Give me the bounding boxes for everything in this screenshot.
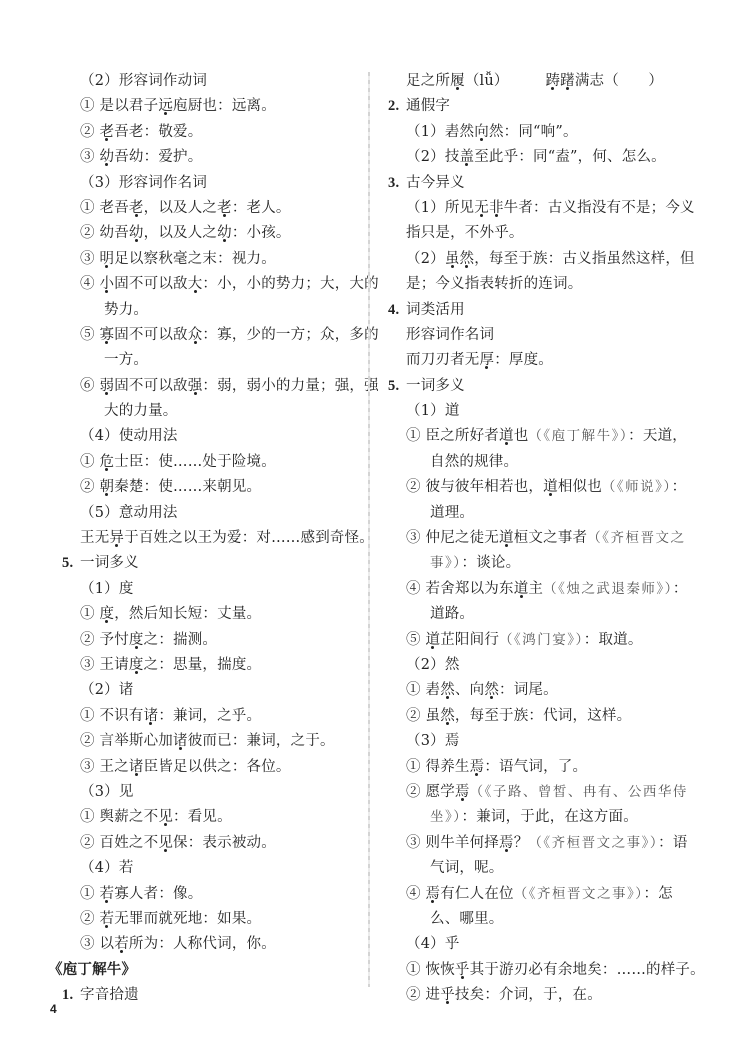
text-line: 是；今义指表转折的连词。 bbox=[388, 272, 708, 297]
numbered-heading: 5.一词多义 bbox=[62, 551, 362, 576]
text-line: （2）然 bbox=[388, 653, 708, 678]
text-segment: ：兼词，之乎。 bbox=[158, 708, 261, 724]
text-line: 一方。 bbox=[62, 348, 362, 373]
text-segment: ① bbox=[80, 454, 100, 470]
text-line: ① 若寡人者：像。 bbox=[62, 882, 362, 907]
text-segment: ：谈论。 bbox=[462, 555, 521, 571]
source-citation: （《齐桓晋文之 bbox=[587, 530, 685, 546]
text-segment: 桓文之事者 bbox=[514, 530, 588, 546]
text-line: ③ 以若所为：人称代词，你。 bbox=[62, 932, 362, 957]
item-number: 5. bbox=[62, 551, 80, 576]
text-segment: （2）形容词作动词 bbox=[80, 73, 207, 89]
text-segment: 气词，呢。 bbox=[430, 860, 504, 876]
text-line: 气词，呢。 bbox=[388, 856, 708, 881]
text-line: ② 朝秦楚：使……来朝见。 bbox=[62, 475, 362, 500]
text-segment: 相似也 bbox=[558, 479, 602, 495]
text-segment: ，以及人之 bbox=[144, 200, 218, 216]
emphasized-char: 若 bbox=[100, 911, 115, 927]
text-segment: ① 老吾 bbox=[80, 200, 129, 216]
text-segment: ：厚度。 bbox=[494, 352, 553, 368]
text-segment: 牛者：古义指没有不是；今义 bbox=[504, 200, 695, 216]
page-number: 4 bbox=[50, 1002, 57, 1016]
text-segment: 自然的规律。 bbox=[430, 454, 518, 470]
text-segment: ，每至于族：古义指虽然这样，但 bbox=[474, 251, 695, 267]
item-number: 4. bbox=[388, 298, 406, 323]
text-line: ② 予忖度之：揣测。 bbox=[62, 628, 362, 653]
right-column: 足之所履（lǚ） 踌躇满志（ ）2.通假字（1）砉然向然：同“响”。（2）技盖至… bbox=[388, 69, 708, 1008]
text-segment: ：看见。 bbox=[173, 809, 232, 825]
text-line: ④ 小固不可以敌大：小，小的势力；大，大的 bbox=[62, 272, 362, 297]
text-segment: 之：揣测。 bbox=[144, 632, 218, 648]
text-segment: ：老人。 bbox=[232, 200, 291, 216]
emphasized-char: 诸 bbox=[129, 759, 144, 775]
column-divider bbox=[368, 72, 370, 987]
text-segment: （1）道 bbox=[406, 403, 460, 419]
text-segment: 吾幼：爱护。 bbox=[114, 149, 202, 165]
emphasized-char: 无 bbox=[474, 200, 489, 216]
text-line: 指只是，不外乎。 bbox=[388, 221, 708, 246]
text-line: ② 若无罪而就死地：如果。 bbox=[62, 907, 362, 932]
text-segment: 大的力量。 bbox=[104, 403, 178, 419]
text-segment: ③ 则牛羊何择 bbox=[406, 835, 499, 851]
text-line: ① 臣之所好者道也（《庖丁解牛》）：天道， bbox=[388, 424, 708, 449]
emphasized-char: 然 bbox=[440, 708, 455, 724]
emphasized-char: 度 bbox=[100, 606, 115, 622]
text-segment: 足之所 bbox=[406, 73, 450, 89]
text-segment: ：小，小的势力；大，大的 bbox=[202, 276, 378, 292]
text-segment: ：天道， bbox=[628, 428, 687, 444]
emphasized-char: 道 bbox=[543, 479, 558, 495]
text-segment: 士臣：使……处于险境。 bbox=[114, 454, 276, 470]
emphasized-char: 明 bbox=[100, 251, 115, 267]
text-segment: 指只是，不外乎。 bbox=[406, 225, 524, 241]
text-segment: （3）焉 bbox=[406, 733, 460, 749]
text-segment: 字音拾遗 bbox=[80, 987, 139, 1003]
text-line: （2）诸 bbox=[62, 678, 362, 703]
text-segment: （2）技 bbox=[406, 149, 460, 165]
text-line: （4）乎 bbox=[388, 932, 708, 957]
text-segment: （5）意动用法 bbox=[80, 505, 178, 521]
text-segment: ③ 以 bbox=[80, 936, 114, 952]
text-segment: （1）砉然 bbox=[406, 124, 474, 140]
text-segment: （3）见 bbox=[80, 784, 134, 800]
text-line: ⑤ 道芷阳间行（《鸿门宴》）：取道。 bbox=[388, 628, 708, 653]
source-citation: （《师说》） bbox=[602, 479, 672, 495]
text-segment: ：取道。 bbox=[584, 632, 643, 648]
emphasized-char: 若 bbox=[114, 936, 129, 952]
text-segment: ：小孩。 bbox=[232, 225, 291, 241]
text-segment: 王无 bbox=[80, 530, 109, 546]
text-line: ① 危士臣：使……处于险境。 bbox=[62, 450, 362, 475]
text-segment: 满志（ ） bbox=[575, 73, 663, 89]
source-citation: （《庖丁解牛》） bbox=[528, 428, 628, 444]
emphasized-char: 远 bbox=[158, 98, 173, 114]
text-segment: 而刀刃者无 bbox=[406, 352, 480, 368]
numbered-heading: 2.通假字 bbox=[388, 94, 708, 119]
text-segment: 是；今义指表转折的连词。 bbox=[406, 276, 582, 292]
text-segment: ：怎 bbox=[643, 886, 672, 902]
numbered-heading: 4.词类活用 bbox=[388, 298, 708, 323]
text-line: ① 老吾老，以及人之老：老人。 bbox=[62, 196, 362, 221]
text-segment: 秦楚：使……来朝见。 bbox=[114, 479, 261, 495]
text-segment: 一方。 bbox=[104, 352, 148, 368]
text-segment: （3）形容词作名词 bbox=[80, 175, 207, 191]
source-citation: （《齐桓晋文之事》） bbox=[528, 835, 658, 851]
text-segment: ② 进 bbox=[406, 987, 440, 1003]
text-line: ③ 王之诸臣皆足以供之：各位。 bbox=[62, 755, 362, 780]
numbered-heading: 5.一词多义 bbox=[388, 374, 708, 399]
text-segment: （2）诸 bbox=[80, 682, 134, 698]
text-line: ① 是以君子远庖厨也：远离。 bbox=[62, 94, 362, 119]
source-citation: 事》） bbox=[430, 555, 462, 571]
left-column: （2）形容词作动词① 是以君子远庖厨也：远离。② 老吾老：敬爱。③ 幼吾幼：爱护… bbox=[62, 69, 362, 1008]
text-line: ④ 若舍郑以为东道主（《烛之武退秦师》）： bbox=[388, 577, 708, 602]
text-segment: 有仁人在位 bbox=[440, 886, 514, 902]
text-line: ① 度，然后知长短：丈量。 bbox=[62, 602, 362, 627]
emphasized-char: 寡 bbox=[100, 327, 115, 343]
text-segment: （4）若 bbox=[80, 860, 134, 876]
text-segment: ：语气词，了。 bbox=[484, 759, 587, 775]
text-segment: ① bbox=[80, 606, 100, 622]
source-citation: （《烛之武退秦师》） bbox=[543, 581, 673, 597]
text-line: ③ 则牛羊何择焉？（《齐桓晋文之事》）：语 bbox=[388, 831, 708, 856]
text-segment: 吾老：敬爱。 bbox=[114, 124, 202, 140]
text-line: （2）形容词作动词 bbox=[62, 69, 362, 94]
text-line: （5）意动用法 bbox=[62, 501, 362, 526]
text-line: （3）焉 bbox=[388, 729, 708, 754]
emphasized-char: 道 bbox=[499, 530, 514, 546]
text-segment: 、向 bbox=[455, 682, 484, 698]
text-segment: ② 愿学 bbox=[406, 784, 455, 800]
text-segment: 技矣：介词，于，在。 bbox=[455, 987, 602, 1003]
emphasized-char: 盖 bbox=[460, 149, 475, 165]
text-segment: ，然后知长短：丈量。 bbox=[114, 606, 261, 622]
text-segment: 庖厨也：远离。 bbox=[173, 98, 276, 114]
item-number: 5. bbox=[388, 374, 406, 399]
text-line: （2）技盖至此乎：同“盍”，何、怎么。 bbox=[388, 145, 708, 170]
emphasized-char: 大 bbox=[188, 276, 203, 292]
numbered-heading: 3.古今异义 bbox=[388, 171, 708, 196]
text-segment: 一词多义 bbox=[406, 378, 465, 394]
text-line: （3）形容词作名词 bbox=[62, 171, 362, 196]
text-segment: 《庖丁解牛》 bbox=[48, 962, 136, 978]
emphasized-char: 老 bbox=[129, 200, 144, 216]
text-segment: ① 舆薪之不 bbox=[80, 809, 158, 825]
source-citation: 坐》） bbox=[430, 809, 462, 825]
text-line: ① 得养生焉：语气词，了。 bbox=[388, 755, 708, 780]
text-segment: ⑤ bbox=[80, 327, 100, 343]
text-segment: ② bbox=[80, 911, 100, 927]
text-segment: ① 臣之所好者 bbox=[406, 428, 499, 444]
text-segment: ③ bbox=[80, 251, 100, 267]
text-line: （1）砉然向然：同“响”。 bbox=[388, 120, 708, 145]
numbered-heading: 1.字音拾遗 bbox=[62, 983, 362, 1008]
text-segment: ④ bbox=[406, 886, 426, 902]
text-line: ① 砉然、向然：词尾。 bbox=[388, 678, 708, 703]
item-number: 2. bbox=[388, 94, 406, 119]
text-segment: 所为：人称代词，你。 bbox=[129, 936, 276, 952]
text-segment: ② 言举斯心加 bbox=[80, 733, 173, 749]
emphasized-char: 焉 bbox=[426, 886, 441, 902]
text-segment: （4）乎 bbox=[406, 936, 460, 952]
text-line: ⑤ 寡固不可以敌众：寡，少的一方；众，多的 bbox=[62, 323, 362, 348]
text-line: 道理。 bbox=[388, 501, 708, 526]
text-line: ② 幼吾幼，以及人之幼：小孩。 bbox=[62, 221, 362, 246]
text-segment: （1）所见 bbox=[406, 200, 474, 216]
emphasized-char: 众 bbox=[188, 327, 203, 343]
text-line: ② 百姓之不见保：表示被动。 bbox=[62, 831, 362, 856]
emphasized-char: 诸 bbox=[173, 733, 188, 749]
emphasized-char: 非 bbox=[489, 200, 504, 216]
text-segment: ④ 若舍郑以为东 bbox=[406, 581, 514, 597]
emphasized-char: 踌 bbox=[545, 73, 560, 89]
text-segment: 道理。 bbox=[430, 505, 474, 521]
text-line: ② 彼与彼年相若也，道相似也（《师说》）： bbox=[388, 475, 708, 500]
text-segment: 通假字 bbox=[406, 98, 450, 114]
text-segment: ：寡，少的一方；众，多的 bbox=[202, 327, 378, 343]
text-segment: ⑥ bbox=[80, 378, 100, 394]
text-segment: ② 虽 bbox=[406, 708, 440, 724]
text-line: ② 虽然，每至于族：代词，这样。 bbox=[388, 704, 708, 729]
text-line: 大的力量。 bbox=[62, 399, 362, 424]
text-segment: ① 得养生 bbox=[406, 759, 470, 775]
text-line: （4）若 bbox=[62, 856, 362, 881]
text-line: ③ 明足以察秋毫之末：视力。 bbox=[62, 247, 362, 272]
text-line: 势力。 bbox=[62, 298, 362, 323]
emphasized-char: 道 bbox=[426, 632, 441, 648]
emphasized-char: 诸 bbox=[144, 708, 159, 724]
text-segment: 形容词作名词 bbox=[406, 327, 494, 343]
emphasized-char: 朝 bbox=[100, 479, 115, 495]
emphasized-char: 厚 bbox=[480, 352, 495, 368]
text-segment: ：弱，弱小的力量；强，强 bbox=[202, 378, 378, 394]
text-line: ③ 王请度之：思量，揣度。 bbox=[62, 653, 362, 678]
text-segment: 也 bbox=[514, 428, 529, 444]
text-segment: 固不可以敌 bbox=[114, 327, 188, 343]
source-citation: （《齐桓晋文之事》） bbox=[514, 886, 644, 902]
emphasized-char: 焉 bbox=[499, 835, 514, 851]
text-segment: ③ 王请 bbox=[80, 657, 129, 673]
emphasized-char: 然 bbox=[484, 682, 499, 698]
item-number: 1. bbox=[62, 983, 80, 1008]
text-segment: 无罪而就死地：如果。 bbox=[114, 911, 261, 927]
text-segment: ② bbox=[80, 479, 100, 495]
emphasized-char: 躇 bbox=[560, 73, 575, 89]
source-citation: （《鸿门宴》） bbox=[499, 632, 584, 648]
emphasized-char: 向 bbox=[474, 124, 489, 140]
emphasized-char: 弱 bbox=[100, 378, 115, 394]
emphasized-char: 幼 bbox=[217, 225, 232, 241]
text-line: （1）道 bbox=[388, 399, 708, 424]
text-line: ④ 焉有仁人在位（《齐桓晋文之事》）：怎 bbox=[388, 882, 708, 907]
text-line: 而刀刃者无厚：厚度。 bbox=[388, 348, 708, 373]
text-segment: 彼而已：兼词，之于。 bbox=[188, 733, 335, 749]
text-segment: （1）度 bbox=[80, 581, 134, 597]
text-line: ⑥ 弱固不可以敌强：弱，弱小的力量；强，强 bbox=[62, 374, 362, 399]
text-segment: 词类活用 bbox=[406, 302, 465, 318]
emphasized-char: 道 bbox=[514, 581, 529, 597]
item-number: 3. bbox=[388, 171, 406, 196]
text-segment: ② 百姓之不 bbox=[80, 835, 158, 851]
text-segment: ① 是以君子 bbox=[80, 98, 158, 114]
text-segment: 保：表示被动。 bbox=[173, 835, 276, 851]
text-line: 坐》）：兼词，于此，在这方面。 bbox=[388, 805, 708, 830]
text-segment: 古今异义 bbox=[406, 175, 465, 191]
text-line: ② 愿学焉（《子路、曾皙、冉有、公西华侍 bbox=[388, 780, 708, 805]
text-segment: ③ 王之 bbox=[80, 759, 129, 775]
emphasized-char: 焉 bbox=[470, 759, 485, 775]
text-segment: （2）然 bbox=[406, 657, 460, 673]
text-line: ③ 仲尼之徒无道桓文之事者（《齐桓晋文之 bbox=[388, 526, 708, 551]
text-line: （4）使动用法 bbox=[62, 424, 362, 449]
text-segment: ，每至于族：代词，这样。 bbox=[455, 708, 631, 724]
emphasized-char: 乎 bbox=[455, 962, 470, 978]
emphasized-char: 度 bbox=[129, 632, 144, 648]
text-segment: 固不可以敌 bbox=[114, 378, 188, 394]
text-segment: ：兼词，于此，在这方面。 bbox=[462, 809, 638, 825]
emphasized-char: 幼 bbox=[100, 149, 115, 165]
text-segment: ② bbox=[80, 124, 100, 140]
text-segment: ③ 仲尼之徒无 bbox=[406, 530, 499, 546]
text-line: 足之所履（lǚ） 踌躇满志（ ） bbox=[388, 69, 708, 94]
text-line: 么、哪里。 bbox=[388, 907, 708, 932]
emphasized-char: 强 bbox=[188, 378, 203, 394]
text-line: ② 老吾老：敬爱。 bbox=[62, 120, 362, 145]
emphasized-char: 乎 bbox=[440, 987, 455, 1003]
text-segment: ⑤ bbox=[406, 632, 426, 648]
emphasized-char: 见 bbox=[158, 809, 173, 825]
text-line: 形容词作名词 bbox=[388, 323, 708, 348]
text-segment: 主 bbox=[528, 581, 543, 597]
text-segment: 寡人者：像。 bbox=[114, 886, 202, 902]
text-segment: 至此乎：同“盍”，何、怎么。 bbox=[474, 149, 666, 165]
text-segment: 固不可以敌 bbox=[114, 276, 188, 292]
text-segment: ，以及人之 bbox=[144, 225, 218, 241]
text-segment: ：词尾。 bbox=[499, 682, 558, 698]
text-line: ① 舆薪之不见：看见。 bbox=[62, 805, 362, 830]
emphasized-char: 若 bbox=[100, 886, 115, 902]
text-segment: ？ bbox=[514, 835, 529, 851]
text-segment: ：语 bbox=[658, 835, 687, 851]
emphasized-char: 老 bbox=[217, 200, 232, 216]
emphasized-char: 见 bbox=[158, 835, 173, 851]
emphasized-char: 小 bbox=[100, 276, 115, 292]
text-line: 自然的规律。 bbox=[388, 450, 708, 475]
text-segment: 道路。 bbox=[430, 606, 474, 622]
text-line: ② 言举斯心加诸彼而已：兼词，之于。 bbox=[62, 729, 362, 754]
text-segment: 其于游刃必有余地矣：……的样子。 bbox=[470, 962, 705, 978]
text-line: （2）虽然，每至于族：古义指虽然这样，但 bbox=[388, 247, 708, 272]
text-segment: （lǚ） bbox=[465, 73, 546, 89]
text-segment: （2） bbox=[406, 251, 445, 267]
emphasized-char: 异 bbox=[109, 530, 124, 546]
text-segment: ④ bbox=[80, 276, 100, 292]
emphasized-char: 然 bbox=[440, 682, 455, 698]
emphasized-char: 度 bbox=[129, 657, 144, 673]
text-line: （3）见 bbox=[62, 780, 362, 805]
text-segment: 一词多义 bbox=[80, 555, 139, 571]
text-line: 事》）：谈论。 bbox=[388, 551, 708, 576]
text-segment: ② 彼与彼年相若也， bbox=[406, 479, 543, 495]
emphasized-char: 履 bbox=[450, 73, 465, 89]
text-segment: 足以察秋毫之末：视力。 bbox=[114, 251, 276, 267]
text-segment: ① 恢恢 bbox=[406, 962, 455, 978]
text-line: ③ 幼吾幼：爱护。 bbox=[62, 145, 362, 170]
source-citation: （《子路、曾皙、冉有、公西华侍 bbox=[470, 784, 688, 800]
text-line: ① 恢恢乎其于游刃必有余地矣：……的样子。 bbox=[388, 958, 708, 983]
text-line: 道路。 bbox=[388, 602, 708, 627]
emphasized-char: 危 bbox=[100, 454, 115, 470]
text-segment: 之：思量，揣度。 bbox=[144, 657, 262, 673]
emphasized-char: 然 bbox=[460, 251, 475, 267]
text-segment: ③ bbox=[80, 149, 100, 165]
text-segment: （4）使动用法 bbox=[80, 428, 178, 444]
text-segment: 臣皆足以供之：各位。 bbox=[144, 759, 291, 775]
text-line: （1）度 bbox=[62, 577, 362, 602]
text-segment: 么、哪里。 bbox=[430, 911, 504, 927]
text-segment: 势力。 bbox=[104, 302, 148, 318]
text-line: ① 不识有诸：兼词，之乎。 bbox=[62, 704, 362, 729]
emphasized-char: 焉 bbox=[455, 784, 470, 800]
emphasized-char: 虽 bbox=[445, 251, 460, 267]
emphasized-char: 幼 bbox=[129, 225, 144, 241]
text-line: ② 进乎技矣：介词，于，在。 bbox=[388, 983, 708, 1008]
text-segment: ② 幼吾 bbox=[80, 225, 129, 241]
text-segment: ① 砉 bbox=[406, 682, 440, 698]
text-segment: ： bbox=[672, 479, 687, 495]
text-segment: ② 予忖 bbox=[80, 632, 129, 648]
emphasized-char: 老 bbox=[100, 124, 115, 140]
emphasized-char: 道 bbox=[499, 428, 514, 444]
text-segment: ① 不识有 bbox=[80, 708, 144, 724]
text-line: 王无异于百姓之以王为爱：对……感到奇怪。 bbox=[62, 526, 362, 551]
text-segment: 然：同“响”。 bbox=[489, 124, 578, 140]
text-segment: 于百姓之以王为爱：对……感到奇怪。 bbox=[124, 530, 374, 546]
text-segment: ： bbox=[673, 581, 688, 597]
text-segment: ① bbox=[80, 886, 100, 902]
text-segment: 芷阳间行 bbox=[440, 632, 499, 648]
text-line: （1）所见无非牛者：古义指没有不是；今义 bbox=[388, 196, 708, 221]
section-heading: 《庖丁解牛》 bbox=[48, 958, 362, 983]
